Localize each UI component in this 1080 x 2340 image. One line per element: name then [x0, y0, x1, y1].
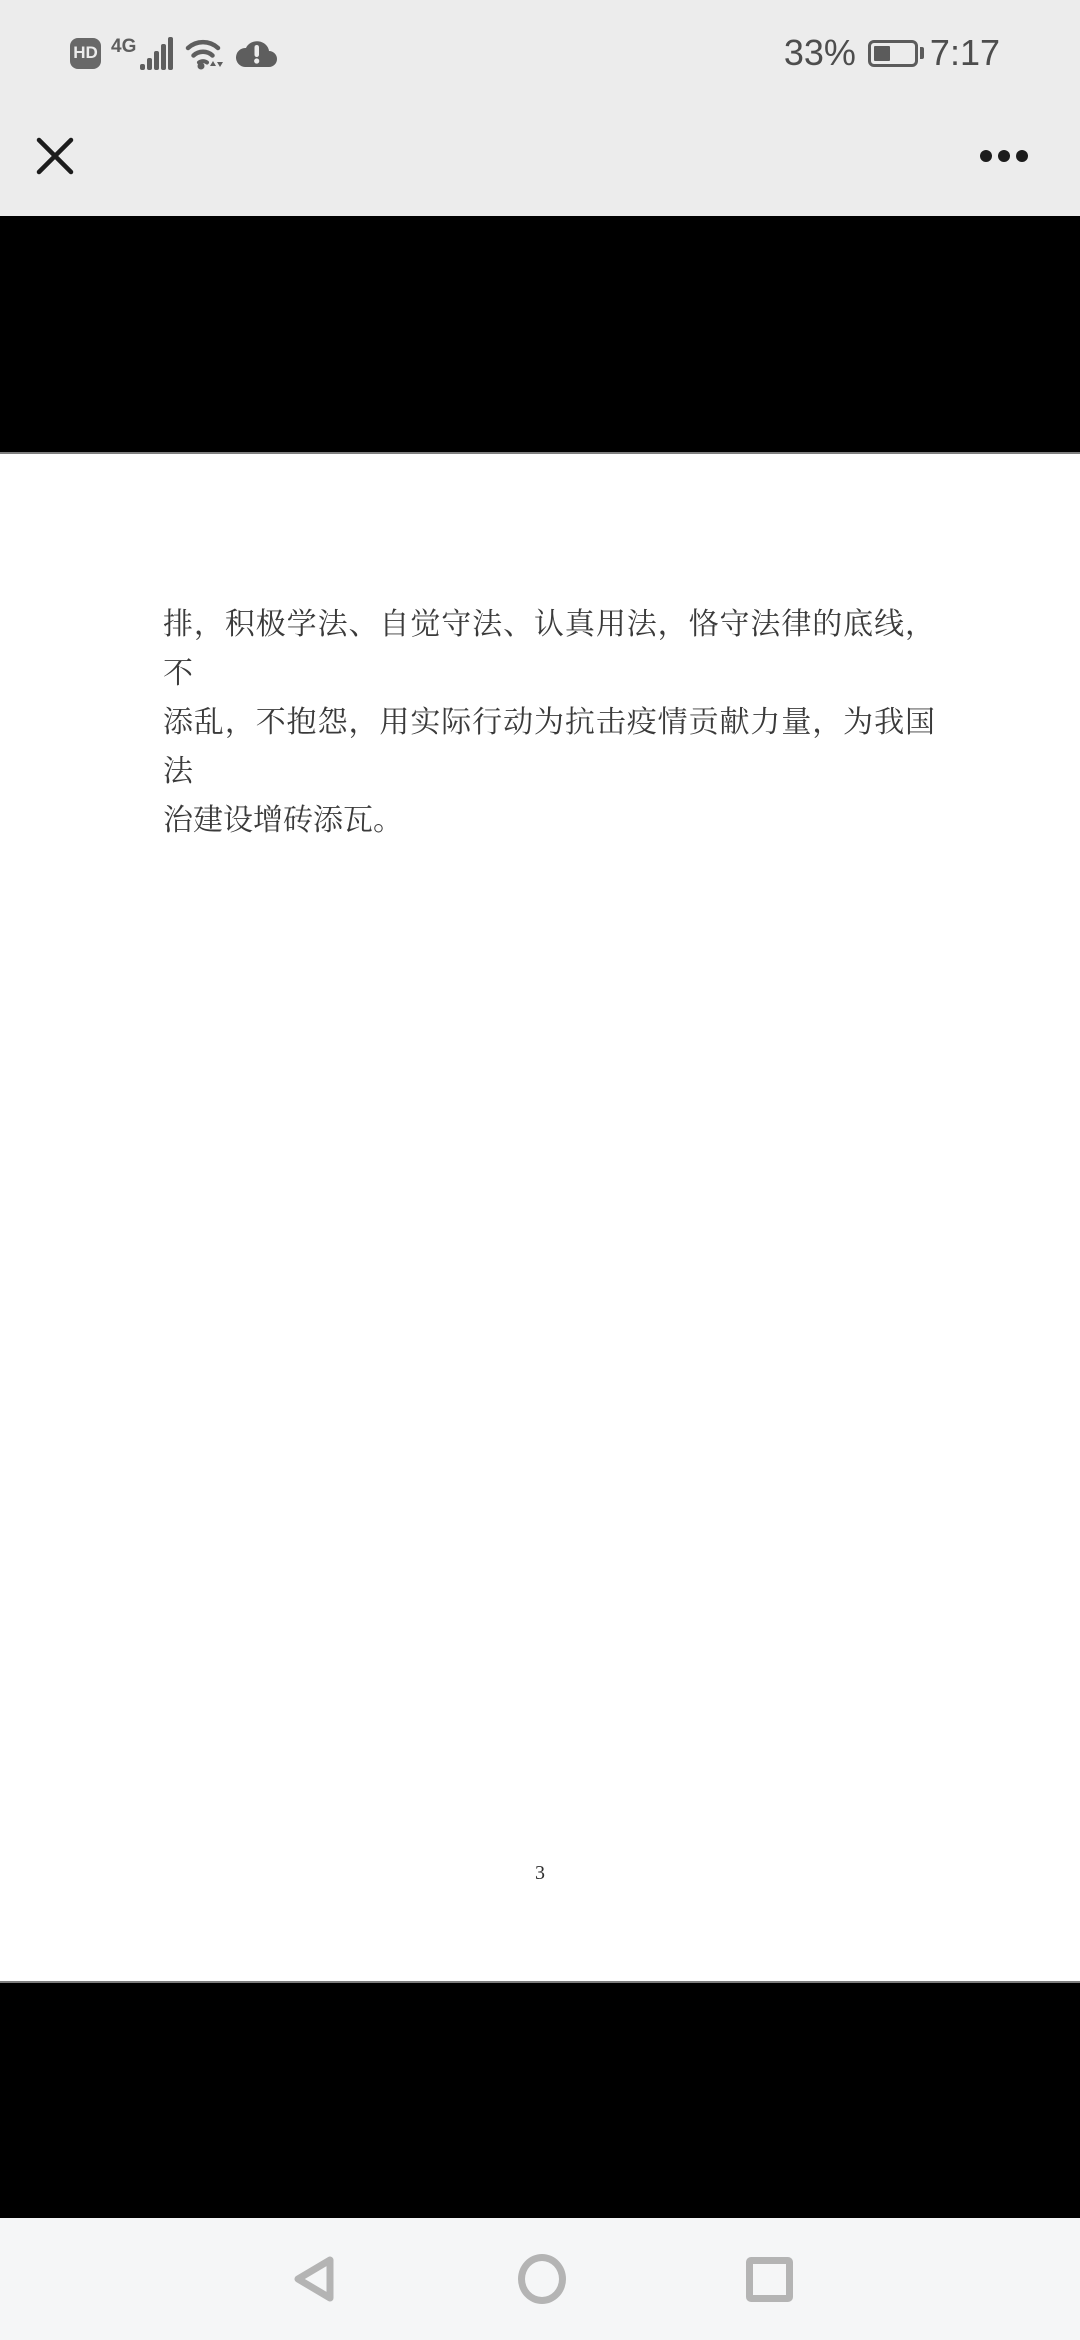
battery-icon	[868, 40, 924, 67]
home-icon[interactable]	[518, 2254, 566, 2304]
battery-percent: 33%	[784, 32, 856, 74]
close-icon[interactable]	[36, 137, 74, 175]
navigation-buttons	[288, 2252, 793, 2306]
navigation-bar	[0, 2218, 1080, 2340]
more-options-icon[interactable]	[980, 140, 1028, 172]
signal-bars-icon	[138, 37, 173, 70]
letterbox-top	[0, 216, 1080, 454]
document-text-line: 排，积极学法、自觉守法、认真用法，恪守法律的底线，不	[163, 600, 935, 698]
recents-icon[interactable]	[746, 2257, 793, 2302]
document-page[interactable]: 排，积极学法、自觉守法、认真用法，恪守法律的底线，不 添乱，不抱怨，用实际行动为…	[0, 454, 1080, 1981]
document-text-line: 添乱，不抱怨，用实际行动为抗击疫情贡献力量，为我国法	[163, 698, 935, 796]
wifi-icon	[185, 36, 225, 70]
back-icon[interactable]	[288, 2252, 338, 2306]
document-paragraph: 排，积极学法、自觉守法、认真用法，恪守法律的底线，不 添乱，不抱怨，用实际行动为…	[163, 600, 935, 845]
page-number: 3	[0, 1862, 1080, 1885]
status-bar-right: 33% 7:17	[784, 32, 1000, 74]
phone-screen: HD 4G 33%	[0, 0, 1080, 2340]
status-bar-left: HD 4G	[70, 36, 277, 70]
network-type-label: 4G	[111, 37, 136, 56]
app-bar	[0, 96, 1080, 216]
document-text-line: 治建设增砖添瓦。	[163, 796, 935, 845]
cloud-error-icon	[235, 39, 277, 67]
signal-strength-icon: 4G	[111, 37, 173, 70]
letterbox-bottom	[0, 1981, 1080, 2218]
hd-badge: HD	[70, 38, 101, 69]
clock: 7:17	[930, 32, 1000, 74]
status-bar: HD 4G 33%	[0, 0, 1080, 96]
